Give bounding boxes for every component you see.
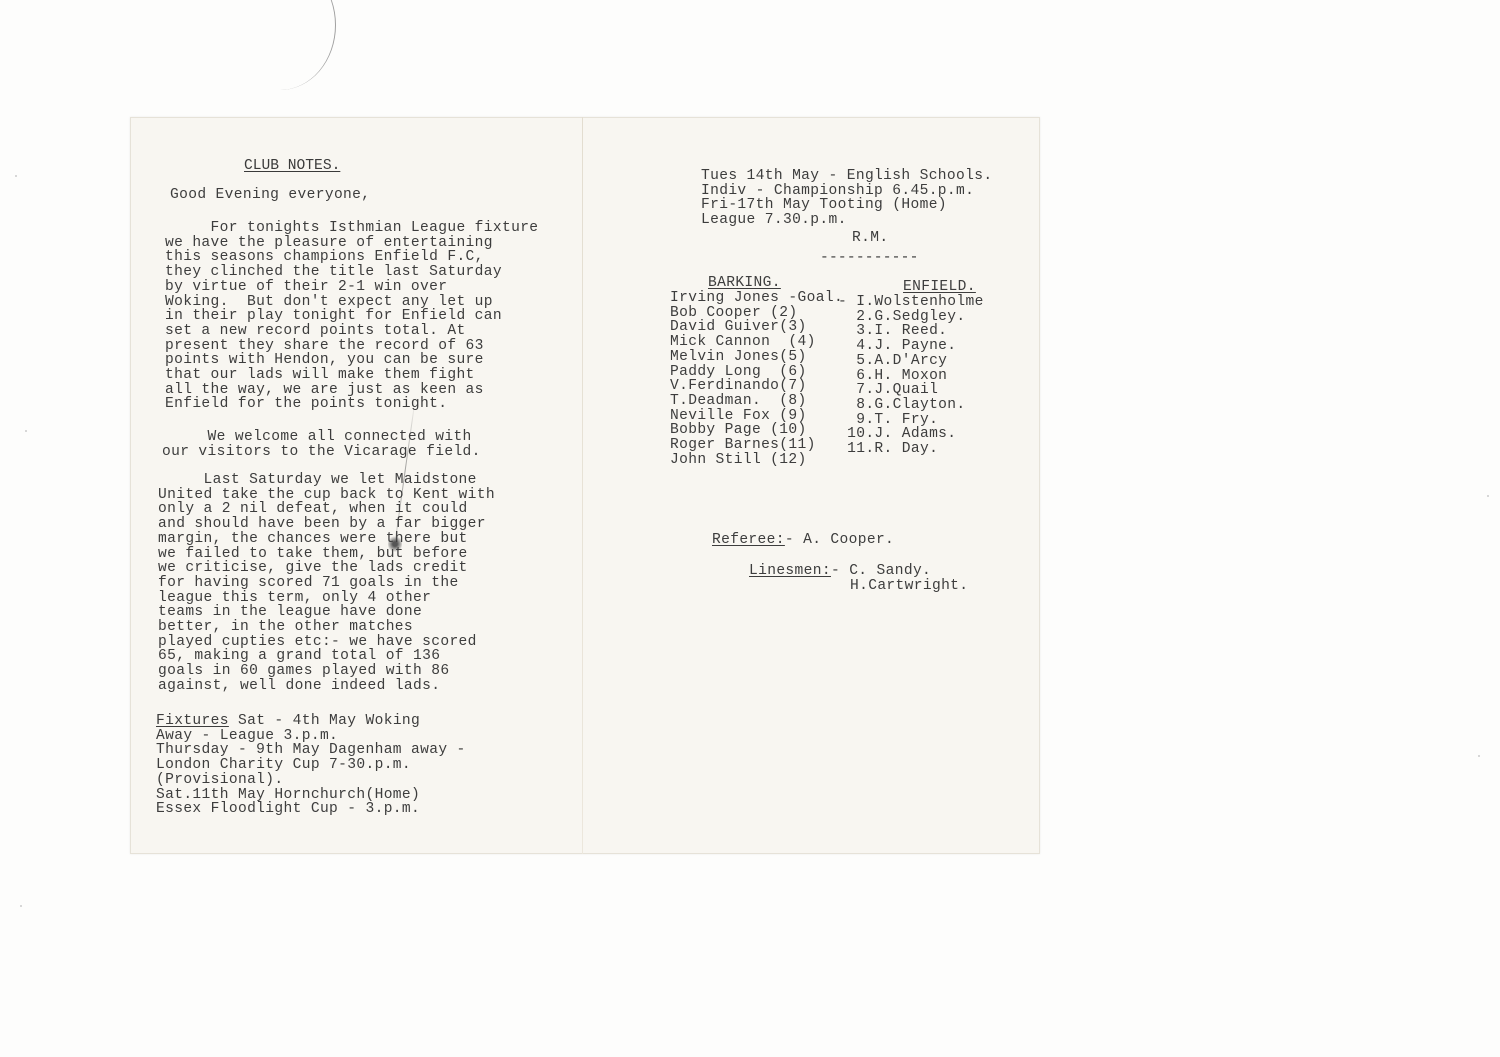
pencil-mark <box>255 0 336 90</box>
text-line: 65, making a grand total of 136 <box>158 649 495 664</box>
fixture-line: Essex Floodlight Cup - 3.p.m. <box>156 802 466 817</box>
enfield-player: 6.H. Moxon <box>838 369 984 384</box>
text-line: United take the cup back to Kent with <box>158 488 495 503</box>
scan-speck <box>1478 755 1480 757</box>
fixture-line: London Charity Cup 7-30.p.m. <box>156 758 466 773</box>
text-line: better, in the other matches <box>158 620 495 635</box>
text-line: they clinched the title last Saturday <box>165 265 538 280</box>
text-line: only a 2 nil defeat, when it could <box>158 502 495 517</box>
fixture-line: (Provisional). <box>156 773 466 788</box>
enfield-player: 5.A.D'Arcy <box>838 354 984 369</box>
barking-player: Roger Barnes(11) <box>670 438 843 453</box>
barking-player: V.Ferdinando(7) <box>670 379 843 394</box>
programme-sheet: CLUB NOTES. Good Evening everyone, For t… <box>130 117 1040 854</box>
club-notes-title: CLUB NOTES. <box>244 158 340 174</box>
barking-player: John Still (12) <box>670 453 843 468</box>
text-line: margin, the chances were there but <box>158 532 495 547</box>
fixture-line: League 7.30.p.m. <box>701 213 992 228</box>
text-line: present they share the record of 63 <box>165 339 538 354</box>
fixtures-continued: Tues 14th May - English Schools.Indiv - … <box>701 169 992 228</box>
text-line: We welcome all connected with <box>162 430 481 445</box>
barking-player: Mick Cannon (4) <box>670 335 843 350</box>
barking-player: T.Deadman. (8) <box>670 394 843 409</box>
referee-name: - A. Cooper. <box>785 532 894 548</box>
text-line: points with Hendon, you can be sure <box>165 353 538 368</box>
text-line: against, well done indeed lads. <box>158 679 495 694</box>
linesmen-label: Linesmen: <box>749 563 831 579</box>
enfield-player: 3.I. Reed. <box>838 324 984 339</box>
linesmen-line: Linesmen:- C. Sandy. <box>749 564 931 579</box>
enfield-team-heading: ENFIELD. <box>903 280 976 295</box>
text-line: all the way, we are just as keen as <box>165 383 538 398</box>
text-line: our visitors to the Vicarage field. <box>162 445 481 460</box>
enfield-player: - I.Wolstenholme <box>838 295 984 310</box>
fixture-line: Sat - 4th May Woking <box>229 713 420 729</box>
fixtures-list: Fixtures Sat - 4th May Woking Away - Lea… <box>156 714 466 817</box>
fixture-line: Indiv - Championship 6.45.p.m. <box>701 184 992 199</box>
text-line: For tonights Isthmian League fixture <box>165 221 538 236</box>
text-line: played cupties etc:- we have scored <box>158 635 495 650</box>
text-line: Enfield for the points tonight. <box>165 397 538 412</box>
text-line: goals in 60 games played with 86 <box>158 664 495 679</box>
enfield-player: 11.R. Day. <box>838 442 984 457</box>
greeting: Good Evening everyone, <box>170 188 370 203</box>
fixtures-label: Fixtures <box>156 713 229 729</box>
enfield-player: 2.G.Sedgley. <box>838 310 984 325</box>
enfield-player: 10.J. Adams. <box>838 427 984 442</box>
text-line: by virtue of their 2-1 win over <box>165 280 538 295</box>
paragraph-welcome: We welcome all connected withour visitor… <box>162 430 481 459</box>
barking-player: David Guiver(3) <box>670 320 843 335</box>
scan-speck <box>15 175 17 177</box>
scan-speck <box>20 905 22 907</box>
text-line: we have the pleasure of entertaining <box>165 236 538 251</box>
enfield-player: 4.J. Payne. <box>838 339 984 354</box>
text-line: for having scored 71 goals in the <box>158 576 495 591</box>
divider: ----------- <box>820 250 919 266</box>
text-line: that our lads will make them fight <box>165 368 538 383</box>
fixture-line: Tues 14th May - English Schools. <box>701 169 992 184</box>
scan-speck <box>25 430 27 432</box>
fixture-line: Fri-17th May Tooting (Home) <box>701 198 992 213</box>
fixture-line: Sat.11th May Hornchurch(Home) <box>156 788 466 803</box>
text-line: this seasons champions Enfield F.C, <box>165 250 538 265</box>
enfield-player: 7.J.Quail <box>838 383 984 398</box>
page-fold <box>582 117 583 854</box>
enfield-player: 9.T. Fry. <box>838 413 984 428</box>
text-line: set a new record points total. At <box>165 324 538 339</box>
text-line: we failed to take them, but before <box>158 547 495 562</box>
paragraph-fixture-preview: For tonights Isthmian League fixturewe h… <box>165 221 538 412</box>
text-line: league this term, only 4 other <box>158 591 495 606</box>
barking-player: Bob Cooper (2) <box>670 306 843 321</box>
scan-speck <box>1487 495 1489 497</box>
fixture-line: Away - League 3.p.m. <box>156 729 466 744</box>
text-line: we criticise, give the lads credit <box>158 561 495 576</box>
linesman-2: H.Cartwright. <box>850 579 968 594</box>
enfield-player: 8.G.Clayton. <box>838 398 984 413</box>
barking-player: Melvin Jones(5) <box>670 350 843 365</box>
enfield-lineup: - I.Wolstenholme 2.G.Sedgley. 3.I. Reed.… <box>838 295 984 457</box>
text-line: Woking. But don't expect any let up <box>165 295 538 310</box>
referee-label: Referee: <box>712 532 785 548</box>
barking-player: Neville Fox (9) <box>670 409 843 424</box>
linesman-1: - C. Sandy. <box>831 563 931 579</box>
text-line: Last Saturday we let Maidstone <box>158 473 495 488</box>
barking-lineup: Irving Jones -Goal.Bob Cooper (2)David G… <box>670 291 843 467</box>
text-line: and should have been by a far bigger <box>158 517 495 532</box>
paragraph-last-saturday: Last Saturday we let MaidstoneUnited tak… <box>158 473 495 694</box>
signature: R.M. <box>852 231 888 246</box>
text-line: in their play tonight for Enfield can <box>165 309 538 324</box>
barking-player: Paddy Long (6) <box>670 365 843 380</box>
fixture-line: Thursday - 9th May Dagenham away - <box>156 743 466 758</box>
barking-player: Irving Jones -Goal. <box>670 291 843 306</box>
text-line: teams in the league have done <box>158 605 495 620</box>
barking-team-heading: BARKING. <box>708 276 781 291</box>
referee-line: Referee:- A. Cooper. <box>712 533 894 548</box>
barking-player: Bobby Page (10) <box>670 423 843 438</box>
